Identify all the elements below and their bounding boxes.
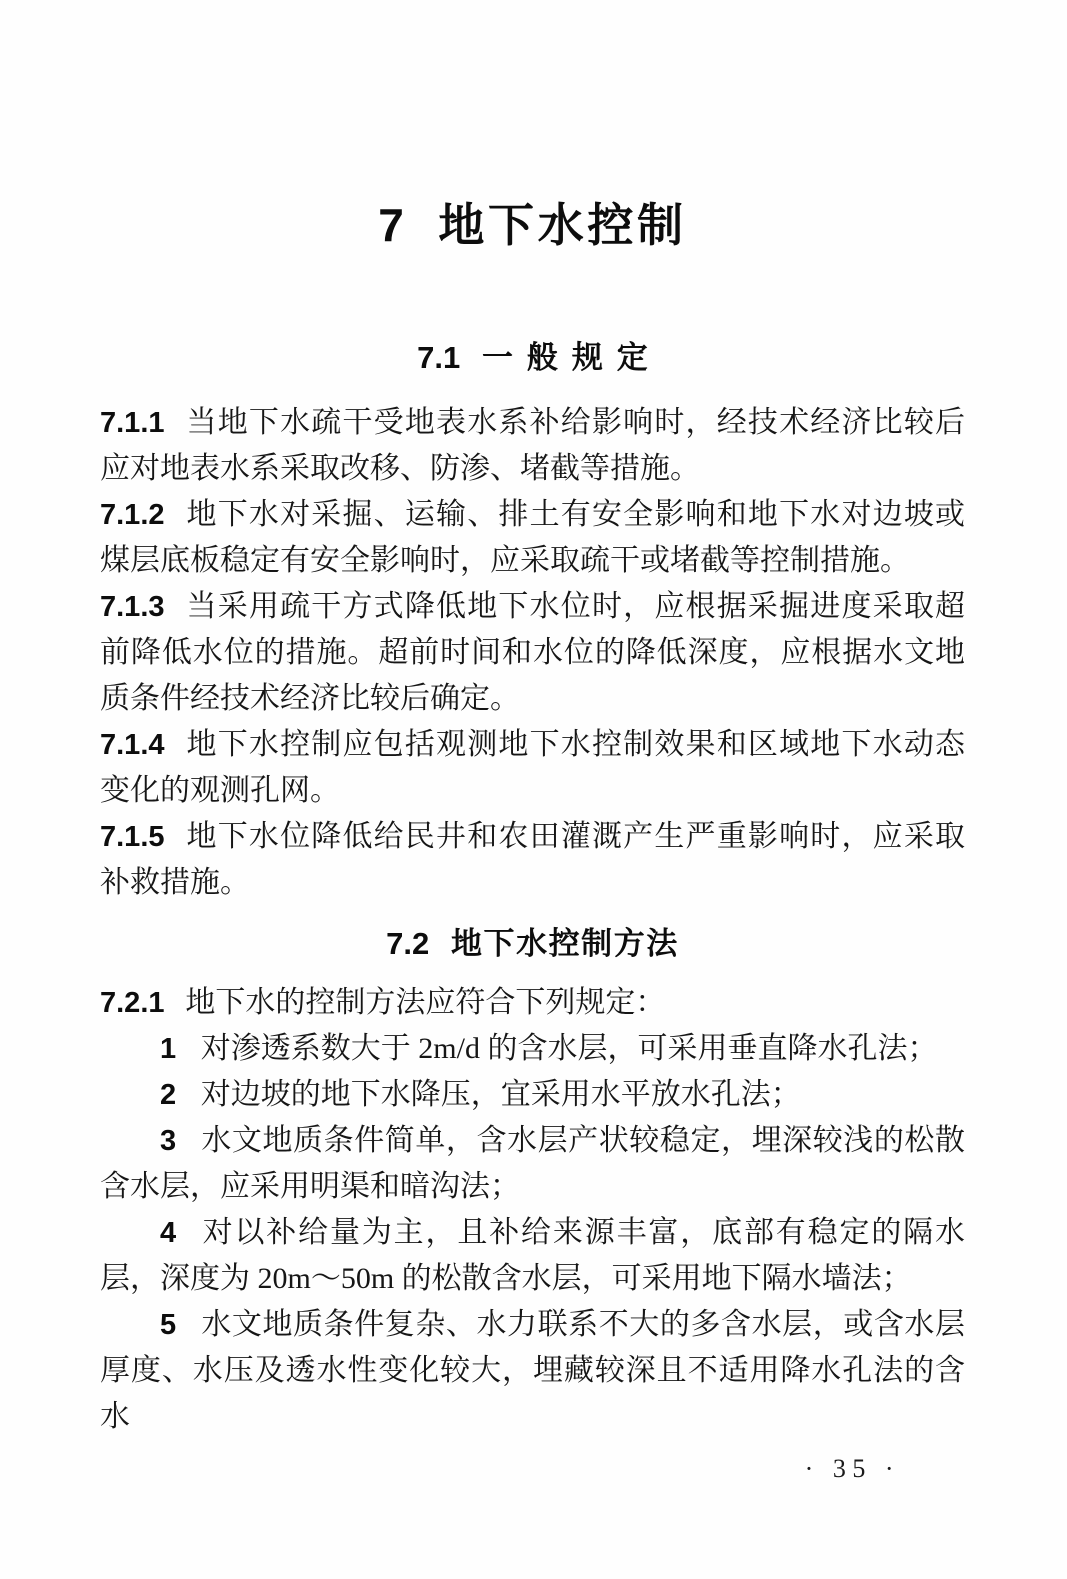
section-number-7-1: 7.1 — [417, 340, 460, 375]
clause-text: 地下水对采掘、运输、排土有安全影响和地下水对边坡或煤层底板稳定有安全影响时，应采… — [100, 498, 965, 577]
item-number: 2 — [160, 1079, 176, 1111]
clause-text: 地下水位降低给民井和农田灌溉产生严重影响时，应采取补救措施。 — [100, 820, 965, 899]
clause-number: 7.1.1 — [100, 407, 165, 439]
clause-text: 当地下水疏干受地表水系补给影响时，经技术经济比较后应对地表水系采取改移、防渗、堵… — [100, 406, 965, 485]
section-7-2-body: 7.2.1地下水的控制方法应符合下列规定： 1对渗透系数大于 2m/d 的含水层… — [100, 980, 965, 1440]
clause-7-1-1: 7.1.1当地下水疏干受地表水系补给影响时，经技术经济比较后应对地表水系采取改移… — [100, 400, 965, 492]
page-number: · 35 · — [100, 1454, 965, 1484]
clause-7-1-3: 7.1.3当采用疏干方式降低地下水位时，应根据采掘进度采取超前降低水位的措施。超… — [100, 584, 965, 722]
item-number: 3 — [160, 1125, 176, 1157]
clause-number: 7.1.2 — [100, 499, 165, 531]
section-title-7-2: 地下水控制方法 — [451, 926, 679, 961]
list-item-2: 2对边坡的地下水降压，宜采用水平放水孔法； — [100, 1072, 965, 1118]
item-text: 水文地质条件简单，含水层产状较稳定，埋深较浅的松散含水层，应采用明渠和暗沟法； — [100, 1124, 965, 1203]
chapter-title: 地下水控制 — [438, 199, 686, 251]
section-7-1-body: 7.1.1当地下水疏干受地表水系补给影响时，经技术经济比较后应对地表水系采取改移… — [100, 400, 965, 906]
item-number: 4 — [160, 1217, 176, 1249]
clause-number: 7.1.4 — [100, 729, 165, 761]
list-item-5: 5水文地质条件复杂、水力联系不大的多含水层，或含水层厚度、水压及透水性变化较大，… — [100, 1302, 965, 1440]
clause-7-1-4: 7.1.4地下水控制应包括观测地下水控制效果和区域地下水动态变化的观测孔网。 — [100, 722, 965, 814]
page-content: 7地下水控制 7.1一般规定 7.1.1当地下水疏干受地表水系补给影响时，经技术… — [0, 0, 1067, 1484]
item-text: 对边坡的地下水降压，宜采用水平放水孔法； — [201, 1078, 801, 1111]
document-page: 7地下水控制 7.1一般规定 7.1.1当地下水疏干受地表水系补给影响时，经技术… — [0, 0, 1067, 1579]
clause-7-1-5: 7.1.5地下水位降低给民井和农田灌溉产生严重影响时，应采取补救措施。 — [100, 814, 965, 906]
item-text: 对以补给量为主，且补给来源丰富，底部有稳定的隔水层，深度为 20m～50m 的松… — [100, 1216, 965, 1295]
clause-text: 地下水的控制方法应符合下列规定： — [185, 986, 665, 1019]
item-text: 对渗透系数大于 2m/d 的含水层，可采用垂直降水孔法； — [201, 1032, 938, 1065]
clause-7-2-1: 7.2.1地下水的控制方法应符合下列规定： — [100, 980, 965, 1026]
clause-7-1-2: 7.1.2地下水对采掘、运输、排土有安全影响和地下水对边坡或煤层底板稳定有安全影… — [100, 492, 965, 584]
clause-text: 地下水控制应包括观测地下水控制效果和区域地下水动态变化的观测孔网。 — [100, 728, 965, 807]
clause-number: 7.1.5 — [100, 821, 165, 853]
list-item-4: 4对以补给量为主，且补给来源丰富，底部有稳定的隔水层，深度为 20m～50m 的… — [100, 1210, 965, 1302]
chapter-heading: 7地下水控制 — [100, 198, 965, 252]
chapter-number: 7 — [378, 199, 404, 251]
section-heading-7-2: 7.2地下水控制方法 — [100, 926, 965, 962]
section-heading-7-1: 7.1一般规定 — [100, 340, 965, 376]
clause-number: 7.2.1 — [100, 987, 165, 1019]
list-item-1: 1对渗透系数大于 2m/d 的含水层，可采用垂直降水孔法； — [100, 1026, 965, 1072]
section-number-7-2: 7.2 — [386, 926, 429, 961]
item-text: 水文地质条件复杂、水力联系不大的多含水层，或含水层厚度、水压及透水性变化较大，埋… — [100, 1308, 965, 1433]
item-number: 1 — [160, 1033, 176, 1065]
clause-number: 7.1.3 — [100, 591, 165, 623]
list-item-3: 3水文地质条件简单，含水层产状较稳定，埋深较浅的松散含水层，应采用明渠和暗沟法； — [100, 1118, 965, 1210]
section-title-7-1: 一般规定 — [482, 340, 662, 375]
item-number: 5 — [160, 1309, 176, 1341]
clause-text: 当采用疏干方式降低地下水位时，应根据采掘进度采取超前降低水位的措施。超前时间和水… — [100, 590, 965, 715]
